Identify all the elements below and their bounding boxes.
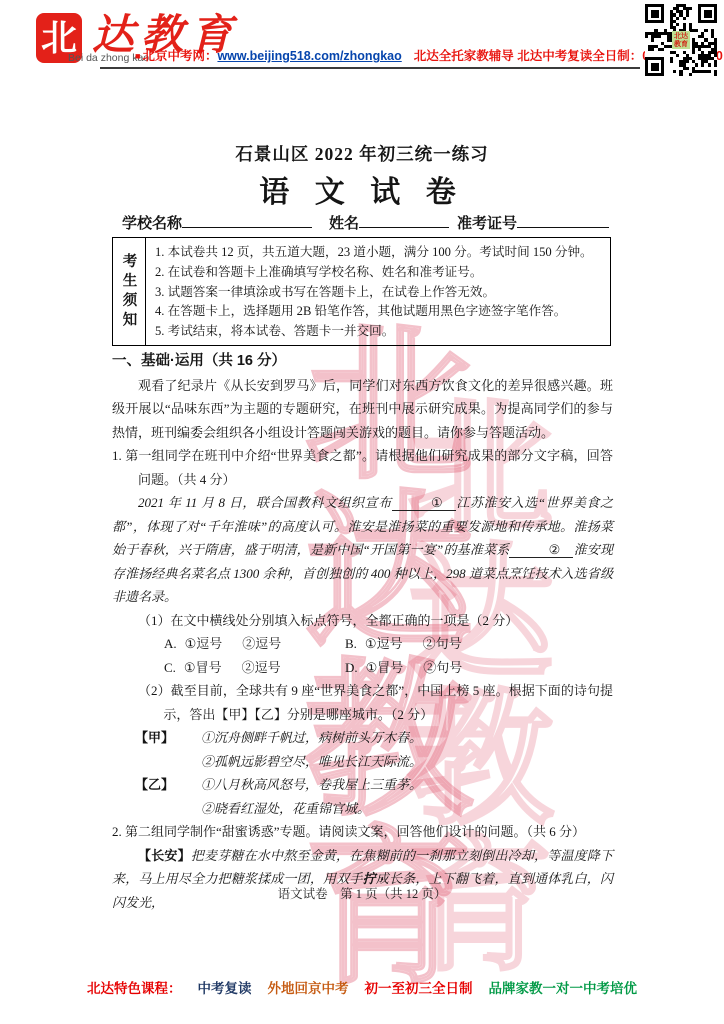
option-row: C.①冒号②逗号 D.①冒号②句号 [164,656,613,680]
option-A: A.①逗号②逗号 [164,632,345,656]
red-square-bullet-icon: ■ [135,51,140,61]
promo-footer: 北达特色课程：中考复读外地回京中考初一至初三全日制品牌家教一对一中考培优 [0,977,724,997]
ticket-number-blank [517,214,609,228]
site-label: 北京中考网： [142,49,217,63]
promo-segment: 品牌家教一对一中考培优 [489,981,638,996]
qr-code: 北达教育 [645,4,717,76]
poem-line: ①沉舟侧畔千帆过，病树前头万木春。 [201,726,613,750]
option-row: A.①逗号②逗号 B.①逗号②句号 [164,632,613,656]
question-2-changan-passage: 【长安】把麦芽糖在水中熬至金黄，在焦糊前的一刹那立刻倒出冷却，等温度降下来，马上… [112,844,613,915]
poem-jia-label: 【甲】 [135,726,201,773]
option-D: D.①冒号②句号 [345,656,526,680]
option-C: C.①冒号②逗号 [164,656,345,680]
notice-item: 1. 本试卷共 12 页，共五道大题，23 道小题，满分 100 分。考试时间 … [155,243,610,263]
question-1-passage: 2021 年 11 月 8 日，联合国教科文组织宣布①江苏淮安入选“世界美食之都… [112,491,613,609]
notice-side-label: 考生须知 [113,238,146,345]
notice-items: 1. 本试卷共 12 页，共五道大题，23 道小题，满分 100 分。考试时间 … [146,238,610,345]
promo-segment: 北达特色课程： [87,981,182,996]
notice-item: 4. 在答题卡上，选择题用 2B 铅笔作答，其他试题用黑色字迹签字笔作答。 [155,302,610,322]
promo-segment: 中考复读 [198,981,252,996]
promo-segment: 外地回京中考 [268,981,349,996]
qr-finder-icon [698,4,717,23]
notice-item: 2. 在试卷和答题卡上准确填写学校名称、姓名和准考证号。 [155,263,610,283]
school-name-blank [182,214,312,228]
qr-finder-icon [645,57,664,76]
question-1-2-stem: （2）截至目前，全球共有 9 座“世界美食之都”，中国上榜 5 座。根据下面的诗… [138,679,613,726]
exam-subject-title: 语 文 试 卷 [0,167,724,211]
poem-line: ①八月秋高风怒号，卷我屋上三重茅。 [201,773,613,797]
qr-finder-icon [645,4,664,23]
blank-1: ① [392,495,456,511]
option-B: B.①逗号②句号 [345,632,526,656]
poem-jia: 【甲】 ①沉舟侧畔千帆过，病树前头万木春。 ②孤帆远影碧空尽，唯见长江天际流。 [135,726,613,773]
poem-yi: 【乙】 ①八月秋高风怒号，卷我屋上三重茅。 ②晓看红湿处，花重锦官城。 [135,773,613,820]
site-url-link[interactable]: www.beijing518.com/zhongkao [217,49,401,63]
examinee-notice-box: 考生须知 1. 本试卷共 12 页，共五道大题，23 道小题，满分 100 分。… [112,237,611,346]
notice-item: 3. 试题答案一律填涂或书写在答题卡上，在试卷上作答无效。 [155,283,610,303]
exam-paper-page: 北 达教育 Bei da zhong kao ■北京中考网：www.beijin… [0,0,724,1024]
page-number-footer: 语文试卷 第 1 页（共 12 页） [0,884,724,902]
section-heading: 一、基础·运用（共 16 分） [112,350,613,374]
school-name-label: 学校名称 [122,216,182,232]
poem-yi-label: 【乙】 [135,773,201,820]
poem-line: ②晓看红湿处，花重锦官城。 [201,797,613,821]
header-divider [100,67,640,69]
exam-session-title: 石景山区 2022 年初三统一练习 [0,141,724,166]
section-score: （共 16 分） [204,353,286,369]
student-name-blank [359,214,449,228]
student-name-label: 姓名 [329,216,359,232]
blank-2: ② [509,542,573,558]
question-2-stem: 2. 第二组同学制作“甜蜜诱惑”专题。请阅读文案，回答他们设计的问题。（共 6 … [112,820,613,844]
question-1-stem: 1. 第一组同学在班刊中介绍“世界美食之都”。请根据他们研究成果的部分文字稿，回… [112,444,613,491]
qr-center-label: 北达教育 [672,31,690,49]
header-contact-line: ■北京中考网：www.beijing518.com/zhongkao北达全托家教… [135,46,723,64]
main-content: 一、基础·运用（共 16 分） 观看了纪录片《从长安到罗马》后，同学们对东西方饮… [112,350,613,914]
notice-item: 5. 考试结束，将本试卷、答题卡一并交回。 [155,322,610,342]
promo-segment: 初一至初三全日制 [365,981,473,996]
ticket-number-label: 准考证号 [457,216,517,232]
poem-line: ②孤帆远影碧空尽，唯见长江天际流。 [201,750,613,774]
question-1-1-stem: （1）在文中横线处分别填入标点符号，全都正确的一项是（2 分） [138,609,613,633]
changan-label: 【长安】 [138,848,191,863]
candidate-info-row: 学校名称姓名准考证号 [122,212,609,233]
section-intro-paragraph: 观看了纪录片《从长安到罗马》后，同学们对东西方饮食文化的差异很感兴趣。班级开展以… [112,374,613,445]
